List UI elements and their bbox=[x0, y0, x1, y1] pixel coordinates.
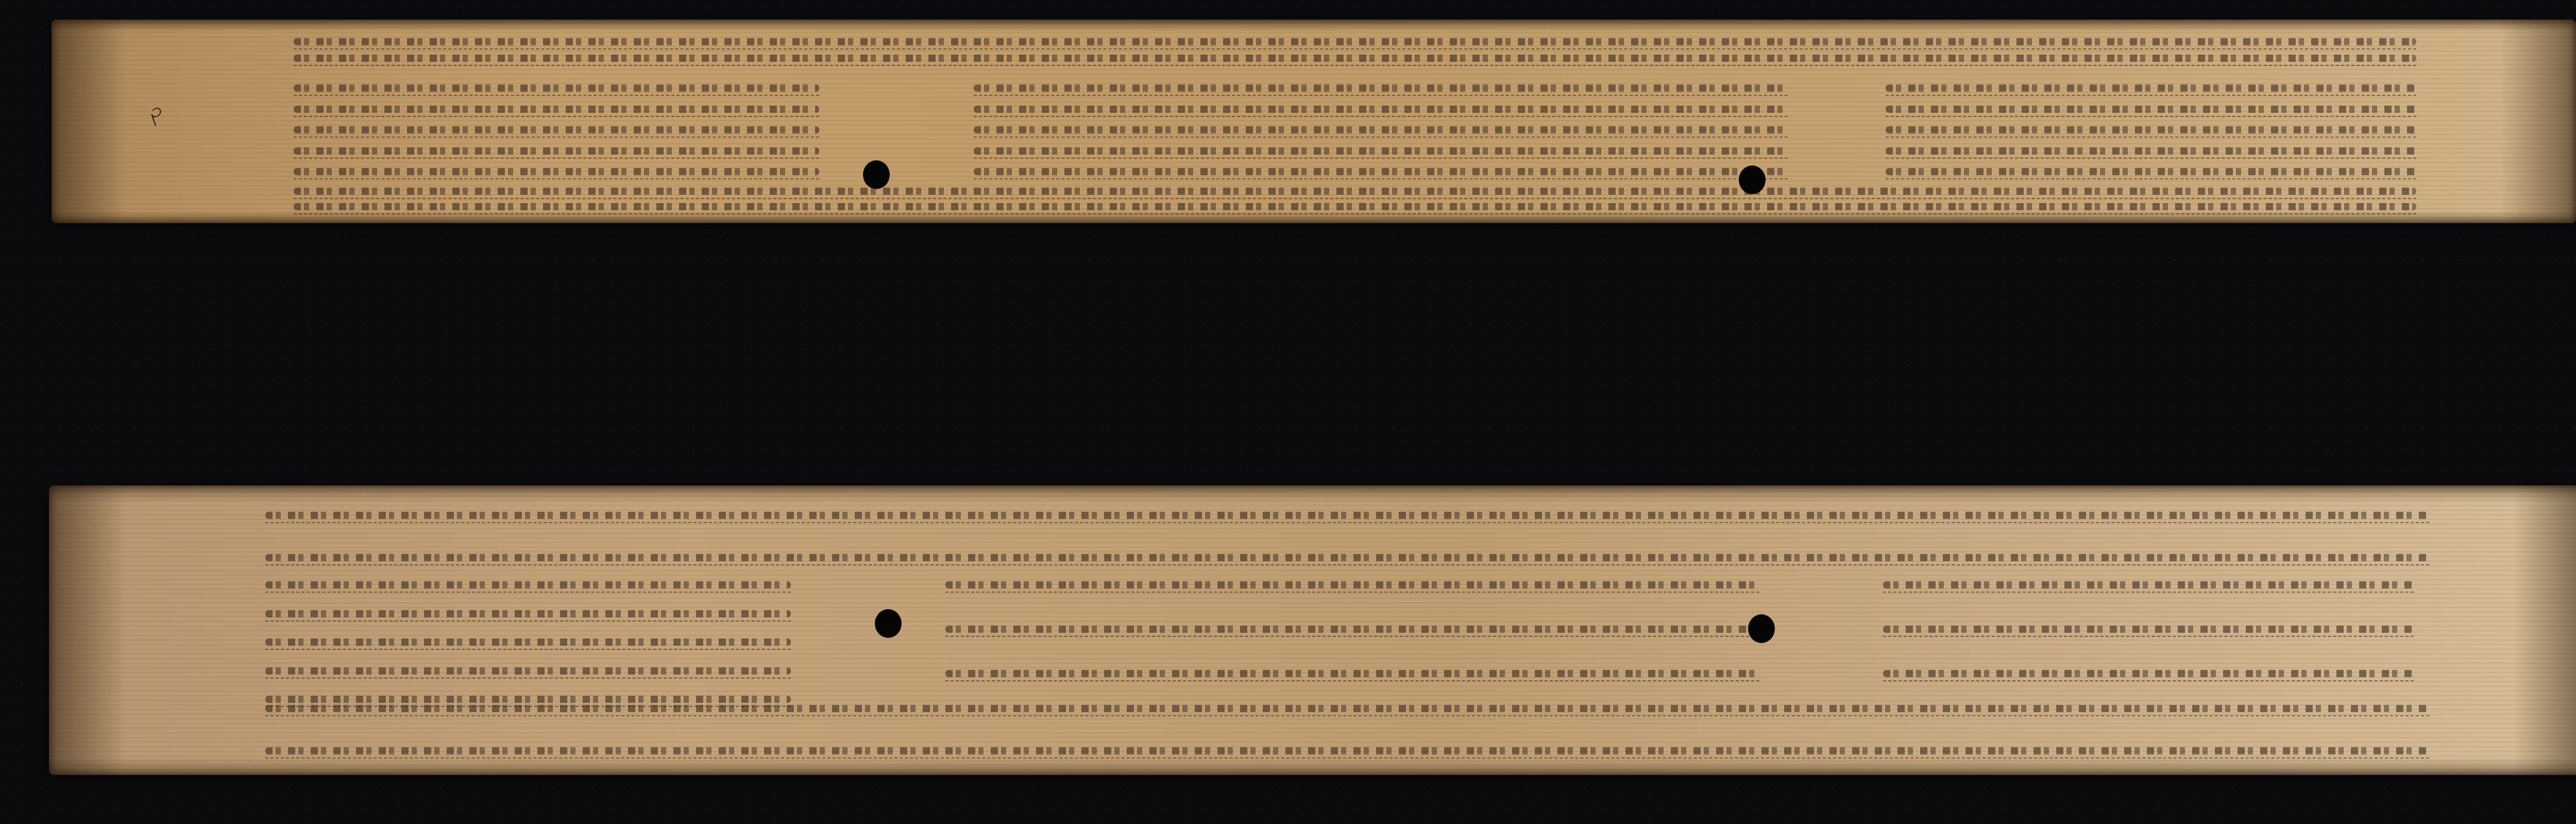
script-line bbox=[294, 144, 819, 159]
script-block-left bbox=[265, 578, 791, 707]
script-line bbox=[294, 81, 819, 96]
leaf-number: ၃ bbox=[149, 97, 161, 127]
script-line bbox=[294, 35, 2416, 49]
palm-leaf-folio-top: ၃ bbox=[52, 20, 2576, 223]
script-line bbox=[265, 744, 2429, 759]
script-line bbox=[265, 509, 2429, 523]
scene-description: Photograph of two Burmese palm-leaf manu… bbox=[0, 0, 22, 1]
script-line bbox=[265, 635, 791, 650]
script-line bbox=[974, 103, 1788, 117]
script-line bbox=[294, 123, 819, 138]
script-rows-bottom bbox=[294, 184, 2416, 214]
script-line bbox=[945, 578, 1759, 593]
script-line bbox=[974, 123, 1788, 138]
string-hole bbox=[875, 609, 902, 638]
script-rows-top bbox=[265, 509, 2429, 565]
script-line bbox=[1886, 144, 2416, 159]
script-line bbox=[1883, 623, 2414, 637]
script-line bbox=[294, 200, 2416, 214]
script-line bbox=[974, 81, 1788, 96]
script-line bbox=[265, 551, 2429, 565]
script-line bbox=[1886, 81, 2416, 96]
script-rows-bottom bbox=[265, 702, 2429, 759]
script-line bbox=[1886, 103, 2416, 117]
string-hole bbox=[863, 160, 890, 189]
script-line bbox=[294, 165, 819, 179]
script-line bbox=[945, 667, 1759, 681]
string-hole bbox=[1739, 165, 1766, 194]
script-line bbox=[1883, 667, 2414, 681]
script-line bbox=[294, 184, 2416, 199]
script-line bbox=[265, 578, 791, 593]
script-line bbox=[1886, 123, 2416, 138]
script-block-left bbox=[294, 81, 819, 179]
string-hole bbox=[1748, 614, 1775, 643]
script-line bbox=[974, 165, 1788, 179]
script-line bbox=[1883, 578, 2414, 593]
script-block-middle bbox=[945, 578, 1759, 681]
script-line bbox=[294, 103, 819, 117]
script-line bbox=[974, 144, 1788, 159]
script-rows-top bbox=[294, 35, 2416, 66]
script-line bbox=[294, 52, 2416, 66]
script-line bbox=[265, 664, 791, 679]
script-block-right bbox=[1883, 578, 2414, 681]
script-line bbox=[945, 623, 1759, 637]
script-block-middle bbox=[974, 81, 1788, 179]
script-line bbox=[1886, 165, 2416, 179]
script-line bbox=[265, 702, 2429, 716]
script-block-right bbox=[1886, 81, 2416, 179]
script-line bbox=[265, 607, 791, 621]
palm-leaf-folio-bottom bbox=[49, 485, 2576, 775]
